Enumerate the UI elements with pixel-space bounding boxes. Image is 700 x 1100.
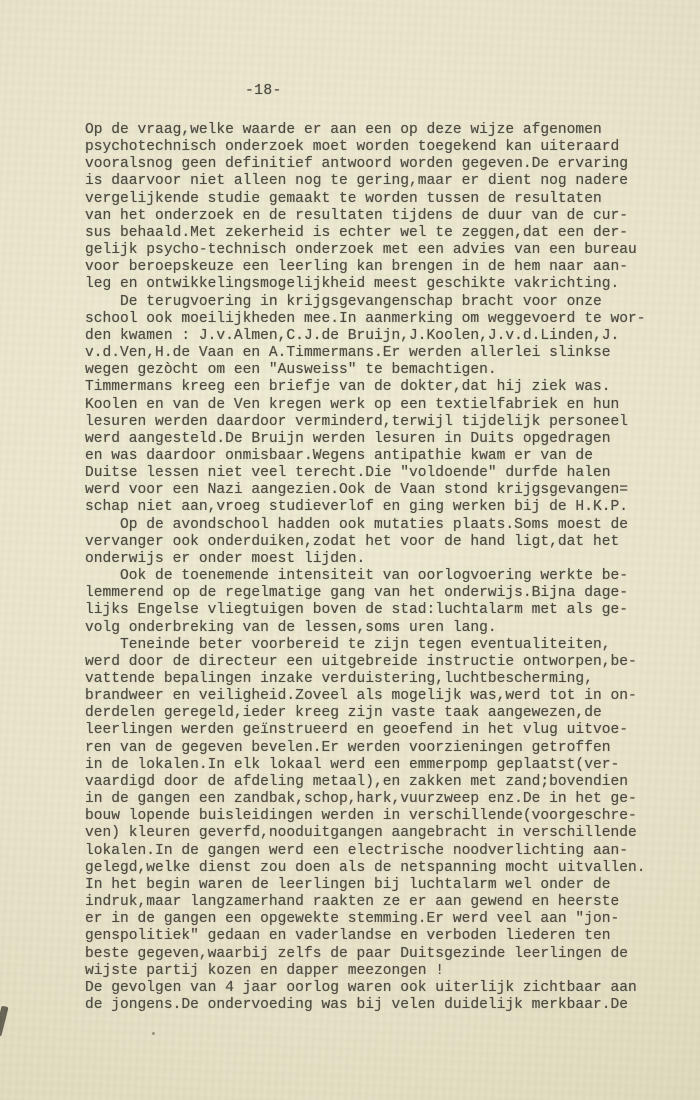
paper-speck <box>152 1032 155 1035</box>
body-text: Op de vraag,welke waarde er aan een op d… <box>85 122 670 1014</box>
scanned-document-page: -18- Op de vraag,welke waarde er aan een… <box>0 0 700 1100</box>
scan-edge-artifact <box>0 1006 9 1037</box>
paper-speck <box>497 246 499 250</box>
page-number: -18- <box>245 83 282 99</box>
